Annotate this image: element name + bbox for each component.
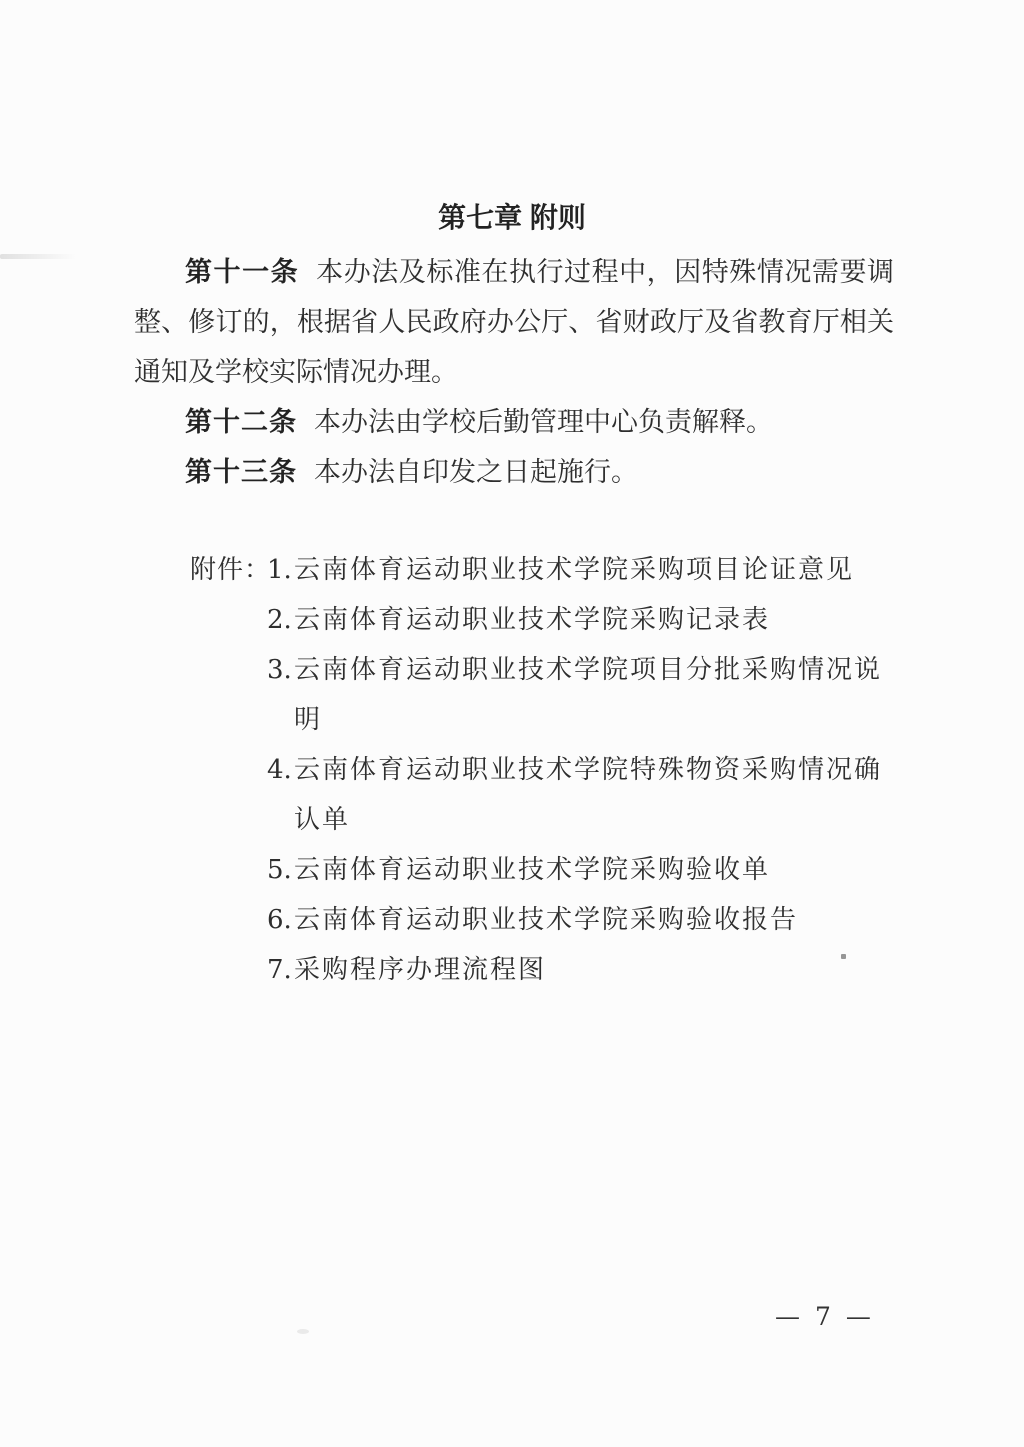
chapter-heading: 第七章 附则 (0, 198, 1024, 238)
page-number: — 7 — (775, 1300, 871, 1334)
attachments-label: 附件： (190, 545, 267, 595)
list-item: 3.云南体育运动职业技术学院项目分批采购情况说明 (267, 645, 894, 745)
attachments-section: 附件： 1.云南体育运动职业技术学院采购项目论证意见 2.云南体育运动职业技术学… (190, 545, 894, 995)
list-item: 2.云南体育运动职业技术学院采购记录表 (267, 595, 894, 645)
article-label: 第十二条 (185, 407, 297, 438)
list-item-number: 2. (267, 595, 294, 645)
article-label: 第十三条 (185, 457, 297, 488)
list-item: 1.云南体育运动职业技术学院采购项目论证意见 (267, 545, 894, 595)
list-item-number: 4. (267, 745, 294, 795)
article-label: 第十一条 (185, 257, 299, 288)
article-paragraph: 第十三条本办法自印发之日起施行。 (134, 448, 894, 498)
list-item-text: 采购程序办理流程图 (294, 955, 546, 985)
scan-artifact (0, 254, 76, 259)
page-number-dash: — (846, 1300, 871, 1334)
list-item: 4.云南体育运动职业技术学院特殊物资采购情况确认单 (267, 745, 894, 845)
list-item: 5.云南体育运动职业技术学院采购验收单 (267, 845, 894, 895)
page-number-value: 7 (815, 1300, 831, 1334)
article-paragraph: 第十二条本办法由学校后勤管理中心负责解释。 (134, 398, 894, 448)
list-item-text: 云南体育运动职业技术学院采购验收报告 (294, 905, 798, 935)
document-page: 第七章 附则 第十一条本办法及标准在执行过程中，因特殊情况需要调整、修订的，根据… (0, 0, 1024, 1447)
list-item-number: 6. (267, 895, 294, 945)
list-item-number: 5. (267, 845, 294, 895)
article-paragraph: 第十一条本办法及标准在执行过程中，因特殊情况需要调整、修订的，根据省人民政府办公… (134, 248, 894, 398)
list-item: 6.云南体育运动职业技术学院采购验收报告 (267, 895, 894, 945)
article-text: 本办法自印发之日起施行。 (314, 457, 638, 488)
list-item-text: 云南体育运动职业技术学院采购项目论证意见 (294, 555, 854, 585)
list-item: 7.采购程序办理流程图 (267, 945, 894, 995)
list-item-text: 云南体育运动职业技术学院特殊物资采购情况确认单 (294, 755, 882, 835)
attachments-list: 1.云南体育运动职业技术学院采购项目论证意见 2.云南体育运动职业技术学院采购记… (267, 545, 894, 995)
article-text: 本办法由学校后勤管理中心负责解释。 (314, 407, 773, 438)
list-item-text: 云南体育运动职业技术学院采购验收单 (294, 855, 770, 885)
list-item-number: 1. (267, 545, 294, 595)
list-item-number: 3. (267, 645, 294, 695)
articles-section: 第十一条本办法及标准在执行过程中，因特殊情况需要调整、修订的，根据省人民政府办公… (134, 248, 894, 498)
list-item-text: 云南体育运动职业技术学院项目分批采购情况说明 (294, 655, 882, 735)
list-item-number: 7. (267, 945, 294, 995)
page-number-dash: — (775, 1300, 800, 1334)
list-item-text: 云南体育运动职业技术学院采购记录表 (294, 605, 770, 635)
scan-artifact (297, 1329, 309, 1334)
